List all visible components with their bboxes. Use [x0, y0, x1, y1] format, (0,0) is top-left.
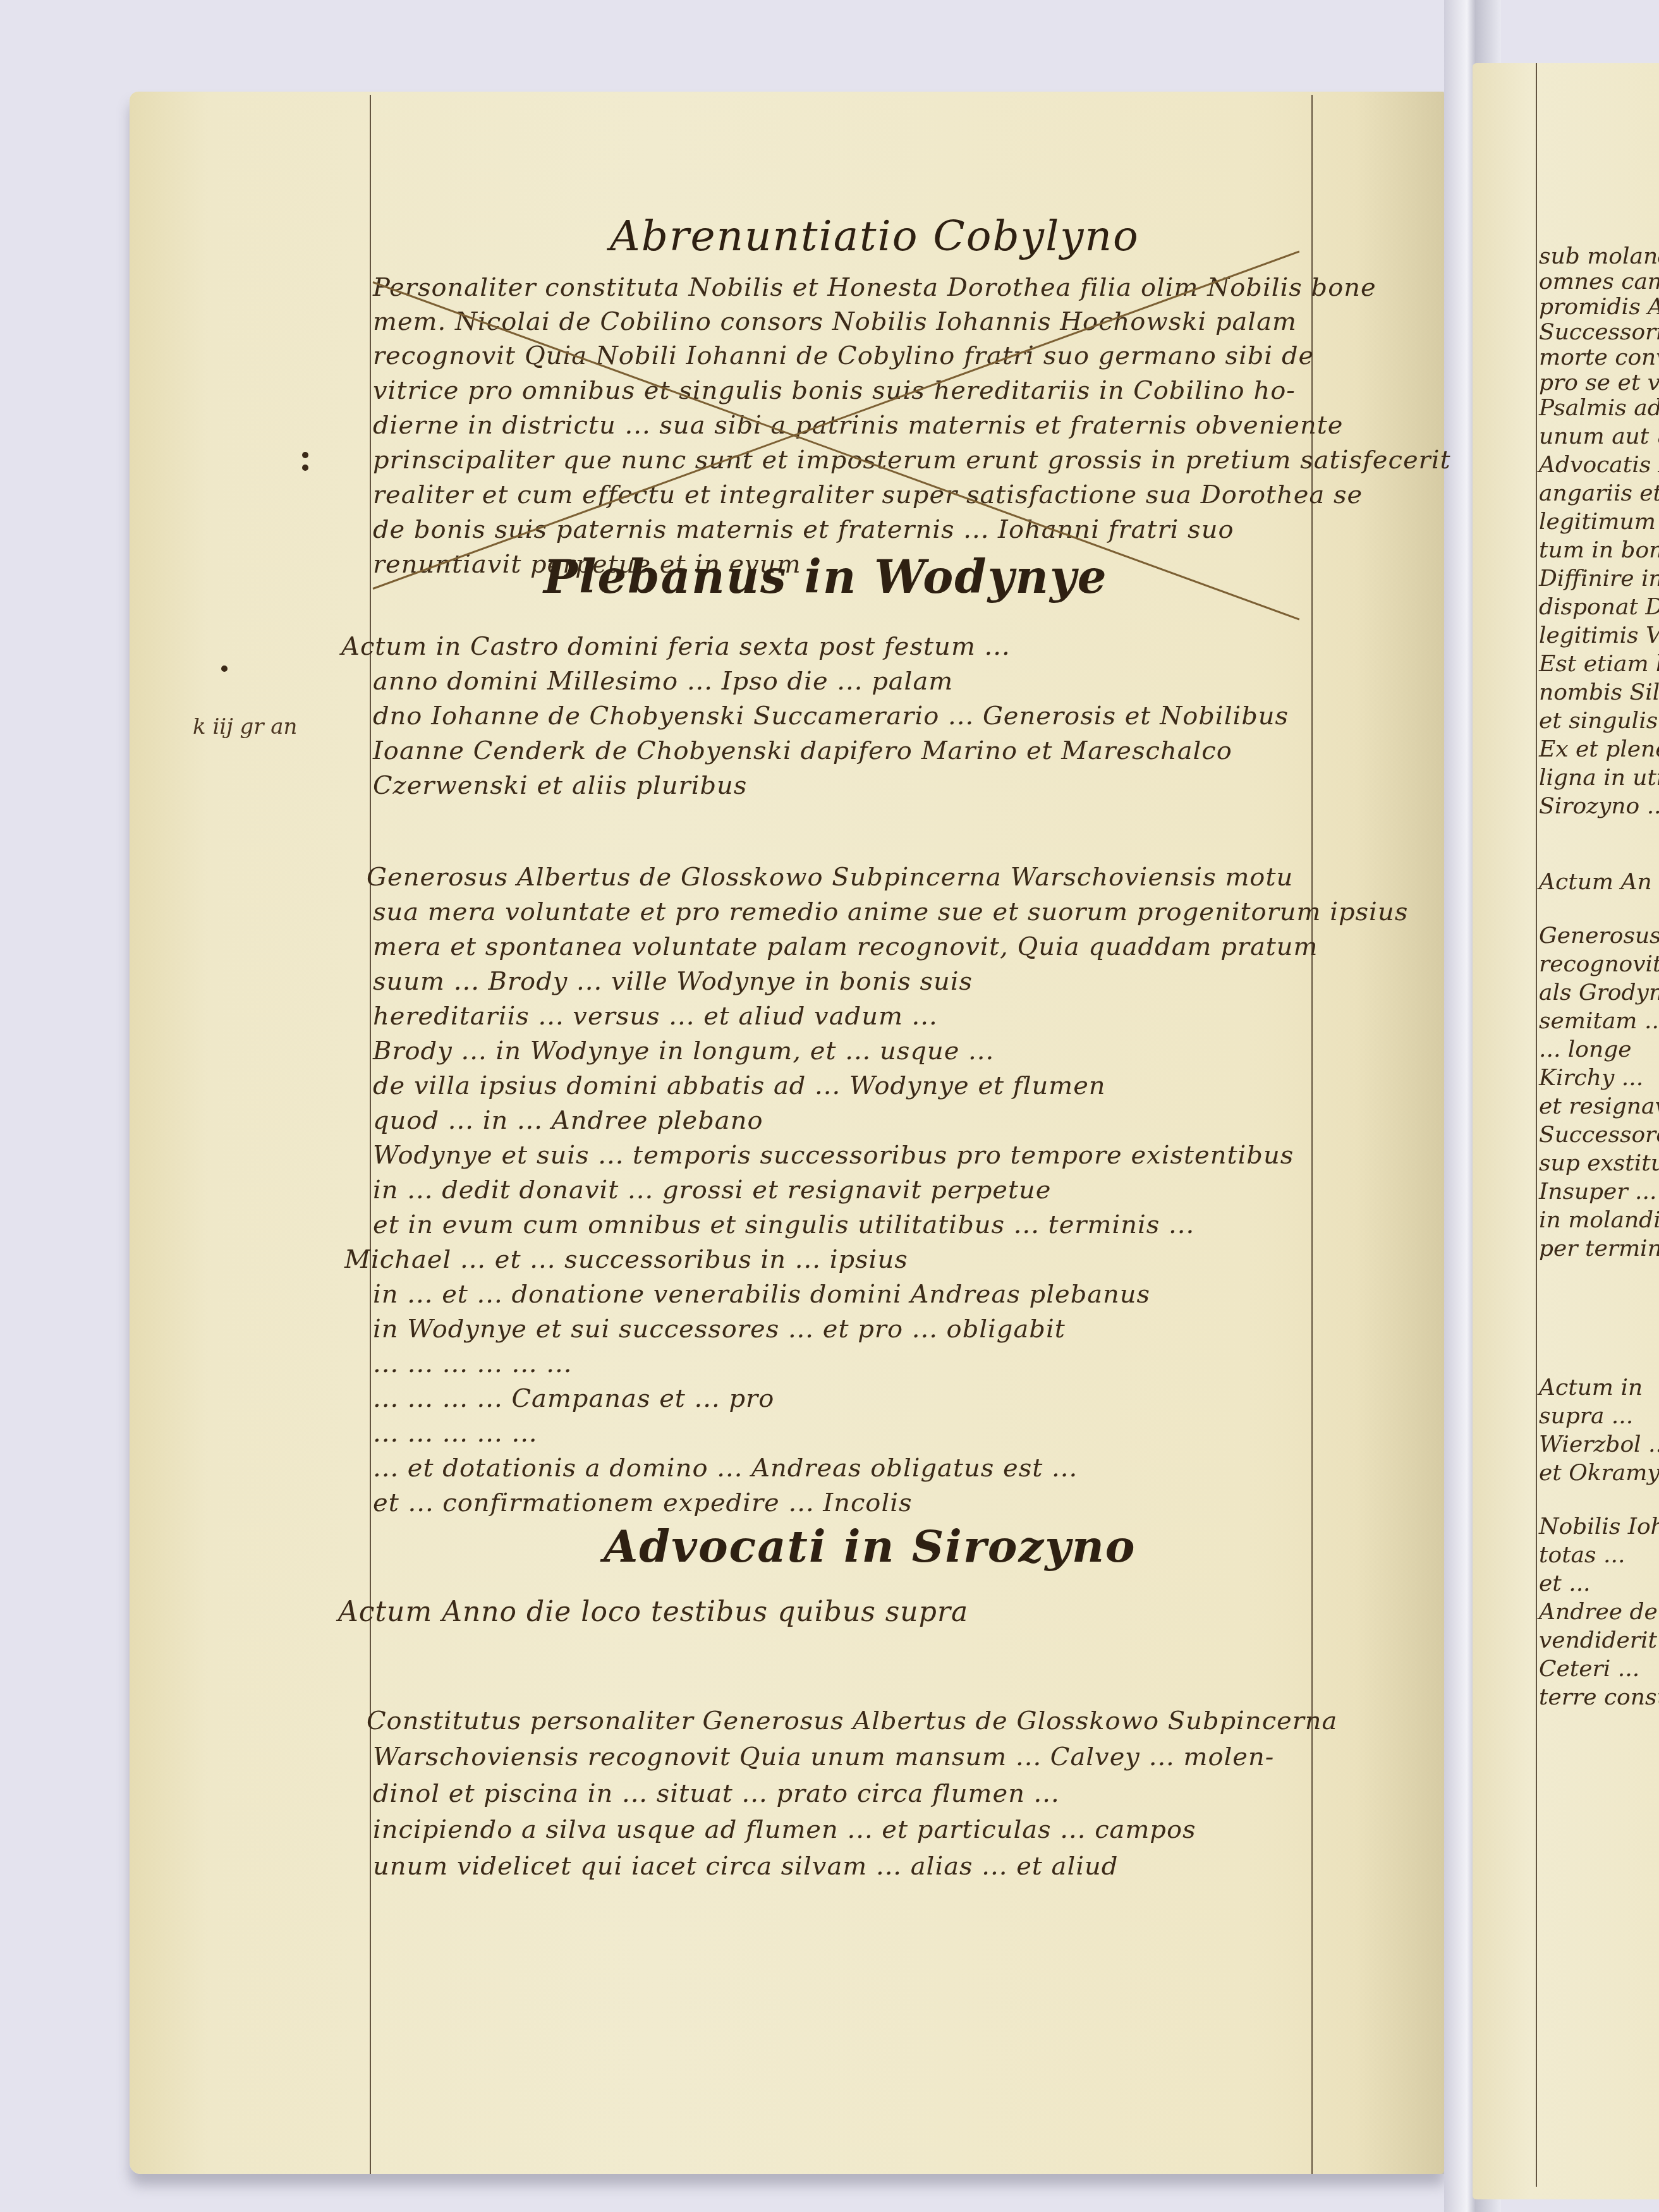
text-line: incipiendo a silva usque ad flumen ... e… [373, 1815, 1196, 1844]
right-page-line: totas ... [1539, 1542, 1625, 1568]
right-page-line: et singulis [1539, 708, 1658, 734]
right-page-line: unum aut quarum [1539, 423, 1659, 449]
text-line: Brody ... in Wodynye in longum, et ... u… [373, 1036, 994, 1066]
right-page-line: et Okramystel [1539, 1460, 1659, 1486]
text-line: Warschoviensis recognovit Quia unum mans… [373, 1742, 1274, 1771]
right-page-line: nombis Silber [1539, 679, 1659, 705]
right-page-line: tum in bonis [1539, 537, 1659, 563]
text-line: de villa ipsius domini abbatis ad ... Wo… [373, 1071, 1106, 1100]
text-line: de bonis suis paternis maternis et frate… [373, 515, 1234, 544]
right-page-line: legitimum Solu [1539, 509, 1659, 535]
text-line: ... ... ... ... ... [373, 1419, 538, 1448]
right-page-line: ligna in utilita [1539, 765, 1659, 791]
text-line: in ... et ... donatione venerabilis domi… [373, 1280, 1150, 1309]
right-page-line: als Grodyn p [1539, 980, 1659, 1006]
right-page-line: sup exstitutum [1539, 1150, 1659, 1176]
text-line: realiter et cum effectu et integraliter … [373, 480, 1363, 509]
right-page-line: promidis Andree [1539, 294, 1659, 320]
right-page-line: Ex et plene [1539, 736, 1659, 762]
right-page-line: omnes campos [1539, 269, 1659, 295]
text-line: vitrice pro omnibus et singulis bonis su… [373, 376, 1296, 405]
section-heading: Advocati in Sirozyno [604, 1520, 1136, 1572]
right-page-line: disponat Debe [1539, 594, 1659, 620]
right-page-line: Successores [1539, 1122, 1659, 1148]
right-page-line: Insuper ... [1539, 1179, 1656, 1205]
text-line: anno domini Millesimo ... Ipso die ... p… [373, 667, 953, 696]
text-line: Wodynye et suis ... temporis successorib… [373, 1141, 1294, 1170]
text-line: dno Iohanne de Chobyenski Succamerario .… [373, 702, 1289, 731]
text-line: sua mera voluntate et pro remedio anime … [373, 897, 1408, 927]
text-line: Michael ... et ... successoribus in ... … [344, 1245, 908, 1274]
text-line: Generosus Albertus de Glosskowo Subpince… [367, 863, 1293, 892]
right-page-line: recognovit [1539, 951, 1659, 977]
margin-note: k iij gr an [193, 714, 298, 739]
right-page-line: Nobilis Ioh [1539, 1514, 1659, 1540]
right-page-line: sub molandino [1539, 243, 1659, 269]
text-line: in ... dedit donavit ... grossi et resig… [373, 1176, 1051, 1205]
right-page-line: Andree de [1539, 1599, 1658, 1625]
right-page-line: Generosus A [1539, 923, 1659, 949]
left-ruling-line [370, 95, 371, 2174]
text-line: recognovit Quia Nobili Iohanni de Cobyli… [373, 341, 1314, 370]
right-page-line: pro se et vero [1539, 370, 1659, 396]
right-ruling-line [1311, 95, 1313, 2174]
text-line: Ioanne Cenderk de Chobyenski dapifero Ma… [373, 736, 1232, 765]
text-line: prinscipaliter que nunc sunt et imposter… [373, 446, 1451, 475]
text-line: hereditariis ... versus ... et aliud vad… [373, 1002, 938, 1031]
right-page-line: supra ... [1539, 1403, 1633, 1429]
right-page-line: et ... [1539, 1571, 1591, 1596]
text-line: dierne in districtu ... sua sibi a patri… [373, 411, 1343, 440]
text-line: Czerwenski et aliis pluribus [373, 771, 747, 800]
right-page-line: Advocatis Liber [1539, 452, 1659, 478]
right-page-line: Diffinire insurri [1539, 566, 1659, 592]
margin-dot [302, 465, 308, 471]
right-page-line: morte convenit [1539, 344, 1659, 370]
text-line: Actum in Castro domini feria sexta post … [341, 632, 1011, 661]
text-line: Constitutus personaliter Generosus Alber… [367, 1706, 1337, 1735]
right-page-line: per terminum [1539, 1236, 1659, 1261]
section-heading: Plebanus in Wodynye [544, 550, 1108, 604]
manuscript-spread: Abrenuntiatio Cobylyno Personaliter cons… [0, 0, 1659, 2212]
right-page-line: terre consum [1539, 1684, 1659, 1710]
margin-dot [302, 452, 308, 458]
text-line: in Wodynye et sui successores ... et pro… [373, 1315, 1066, 1344]
margin-dot [221, 665, 228, 672]
text-line: suum ... Brody ... ville Wodynye in boni… [373, 967, 973, 996]
right-page-line: Actum An [1539, 869, 1652, 895]
text-line: dinol et piscina in ... situat ... prato… [373, 1779, 1060, 1808]
right-page-line: ... longe [1539, 1036, 1632, 1062]
text-line: ... ... ... ... Campanas et ... pro [373, 1384, 774, 1413]
section-heading: Abrenuntiatio Cobylyno [610, 212, 1139, 260]
right-page-line: Sirozyno ... [1539, 793, 1659, 819]
text-line: et ... confirmationem expedire ... Incol… [373, 1488, 913, 1517]
text-line: ... ... ... ... ... ... [373, 1349, 572, 1378]
right-page-line: Actum in [1539, 1375, 1643, 1401]
right-page-line: Successoribus [1539, 319, 1659, 345]
right-page-line: legitimis Vende [1539, 623, 1659, 648]
right-page-line: Est etiam liber [1539, 651, 1659, 677]
text-line: et in evum cum omnibus et singulis utili… [373, 1210, 1194, 1239]
right-page-line: Kirchy ... [1539, 1065, 1643, 1091]
right-page-line: et resignavit [1539, 1093, 1659, 1119]
right-page-line: Ceteri ... [1539, 1656, 1639, 1682]
text-line: ... et dotationis a domino ... Andreas o… [373, 1454, 1078, 1483]
right-page-line: Wierzbol ... [1539, 1431, 1659, 1457]
text-line: unum videlicet qui iacet circa silvam ..… [373, 1852, 1118, 1881]
right-page-line: angariis et pro [1539, 480, 1659, 506]
text-line: mera et spontanea voluntate palam recogn… [373, 932, 1318, 961]
text-line: quod ... in ... Andree plebano [373, 1106, 763, 1135]
right-page-line: Psalmis ad deter [1539, 395, 1659, 421]
right-page-line: semitam ... [1539, 1008, 1659, 1034]
right-page-line: in molandino [1539, 1207, 1659, 1233]
right-page-ruling-line [1536, 63, 1537, 2187]
text-line: Actum Anno die loco testibus quibus supr… [338, 1596, 968, 1628]
right-page-line: vendiderit pro [1539, 1627, 1659, 1653]
